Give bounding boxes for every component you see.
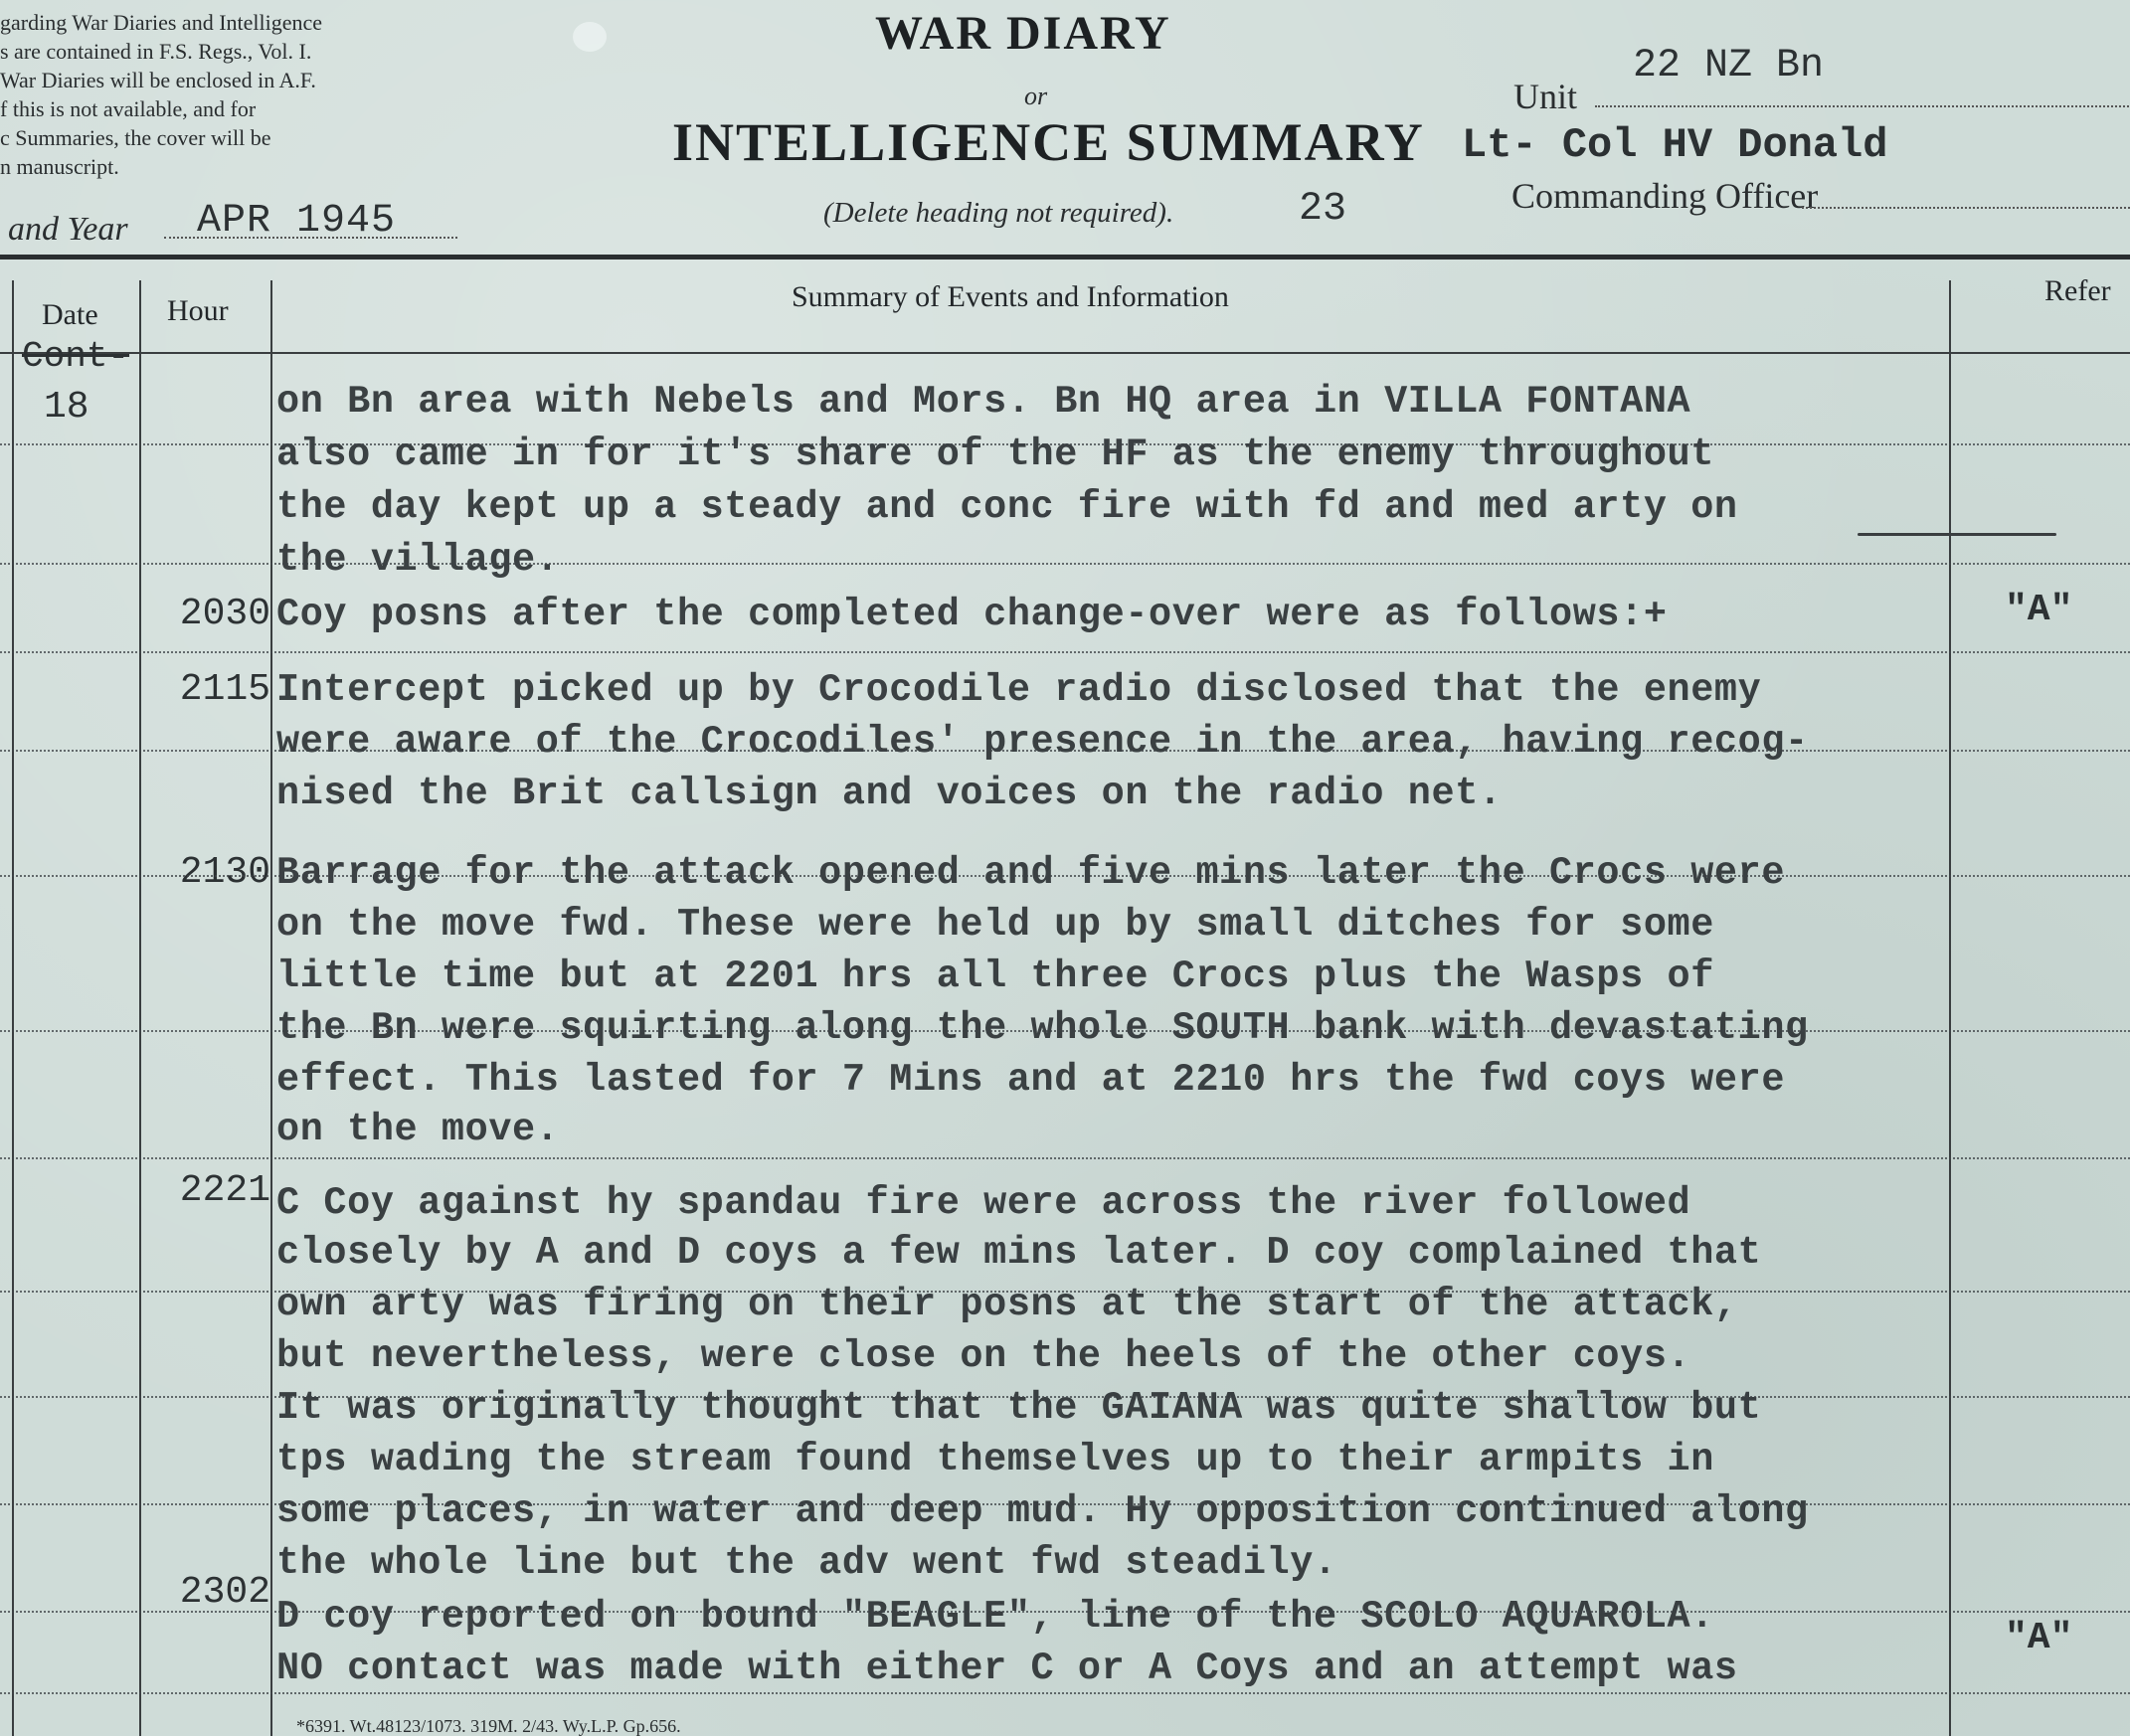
ruled-dotted-line <box>0 1030 2130 1032</box>
entry-hour: 2030 <box>180 593 270 635</box>
entry-text-line: tps wading the stream found themselves u… <box>276 1438 1714 1481</box>
ruled-dotted-line <box>0 1692 2130 1694</box>
delete-heading-note: (Delete heading not required). <box>823 197 1173 230</box>
entry-text-line: nised the Brit callsign and voices on th… <box>276 772 1503 815</box>
instruction-line: War Diaries will be enclosed in A.F. <box>0 66 497 94</box>
entry-text-line: the Bn were squirting along the whole SO… <box>276 1006 1809 1050</box>
ruled-dotted-line <box>0 1157 2130 1159</box>
table-header-rule <box>0 352 2130 354</box>
entry-text-line: but nevertheless, were close on the heel… <box>276 1334 1690 1378</box>
ruled-dotted-line <box>0 563 2130 565</box>
table-top-rule <box>0 255 2130 260</box>
title-intelligence-summary: INTELLIGENCE SUMMARY <box>672 111 1425 173</box>
entry-text-line: the village. <box>276 538 559 582</box>
column-header-hour: Hour <box>167 294 229 328</box>
column-header-reference: Refer <box>2044 274 2111 308</box>
ruled-dotted-line <box>0 875 2130 877</box>
entry-text-line: little time but at 2201 hrs all three Cr… <box>276 955 1714 998</box>
instruction-line: c Summaries, the cover will be <box>0 123 497 152</box>
entry-hour: 2302 <box>180 1571 270 1614</box>
instruction-line: n manuscript. <box>0 152 497 181</box>
ruled-dotted-line <box>0 651 2130 653</box>
entry-hour: 2221 <box>180 1169 270 1212</box>
ruled-dotted-line <box>0 443 2130 445</box>
column-divider <box>1949 280 1951 1736</box>
punch-hole <box>573 22 607 52</box>
column-divider <box>270 280 272 1736</box>
ruled-dotted-line <box>0 1611 2130 1613</box>
entry-text-line: C Coy against hy spandau fire were acros… <box>276 1181 1690 1225</box>
margin-underline-mark <box>1858 533 2056 536</box>
unit-value: 22 NZ Bn <box>1633 44 1824 88</box>
entry-text-line: on the move. <box>276 1108 559 1151</box>
entry-hour: 2115 <box>180 668 270 711</box>
entry-text-line: Intercept picked up by Crocodile radio d… <box>276 668 1761 712</box>
commanding-officer-label: Commanding Officer <box>1511 175 1818 217</box>
entry-text-line: the whole line but the adv went fwd stea… <box>276 1541 1337 1585</box>
page-number: 23 <box>1299 187 1346 232</box>
printer-imprint: *6391. Wt.48123/1073. 319M. 2/43. Wy.L.P… <box>296 1716 681 1736</box>
ruled-dotted-line <box>0 750 2130 752</box>
entry-text-line: also came in for it's share of the HF as… <box>276 433 1714 476</box>
column-divider <box>12 280 14 1736</box>
entry-text-line: on the move fwd. These were held up by s… <box>276 903 1714 947</box>
commanding-officer-dotted-line <box>1802 207 2130 209</box>
entry-reference: "A" <box>2005 1617 2072 1659</box>
entry-text-line: closely by A and D coys a few mins later… <box>276 1231 1761 1275</box>
column-divider <box>139 280 141 1736</box>
unit-dotted-line <box>1595 105 2130 107</box>
column-header-date: Date <box>42 298 98 332</box>
entry-text-line: some places, in water and deep mud. Hy o… <box>276 1489 1809 1533</box>
entry-text-line: the day kept up a steady and conc fire w… <box>276 485 1738 529</box>
entry-text-line: D coy reported on bound "BEAGLE", line o… <box>276 1595 1714 1639</box>
form-instructions: garding War Diaries and Intelligence s a… <box>0 8 497 181</box>
entry-text-line: Barrage for the attack opened and five m… <box>276 851 1785 895</box>
title-or: or <box>1024 82 1047 111</box>
instruction-line: s are contained in F.S. Regs., Vol. I. <box>0 37 497 66</box>
instruction-line: f this is not available, and for <box>0 94 497 123</box>
entry-reference: "A" <box>2005 589 2072 631</box>
ruled-dotted-line <box>0 1396 2130 1398</box>
commanding-officer-name: Lt- Col HV Donald <box>1462 121 1887 169</box>
unit-label: Unit <box>1513 76 1577 117</box>
ruled-dotted-line <box>0 1291 2130 1293</box>
ruled-dotted-line <box>0 1503 2130 1505</box>
entry-text-line: It was originally thought that the GAIAN… <box>276 1386 1761 1430</box>
date-continued-struck: Cont- <box>22 336 129 377</box>
date-value: 18 <box>44 386 89 429</box>
entry-text-line: own arty was firing on their posns at th… <box>276 1283 1738 1326</box>
month-year-label: and Year <box>8 211 128 249</box>
month-year-value: APR 1945 <box>197 199 396 244</box>
entry-text-line: effect. This lasted for 7 Mins and at 22… <box>276 1058 1785 1102</box>
entry-hour: 2130 <box>180 851 270 894</box>
war-diary-page: garding War Diaries and Intelligence s a… <box>0 0 2130 1736</box>
entry-text-line: were aware of the Crocodiles' presence i… <box>276 720 1809 764</box>
entry-text-line: Coy posns after the completed change-ove… <box>276 593 1668 636</box>
column-header-summary: Summary of Events and Information <box>792 280 1229 314</box>
title-war-diary: WAR DIARY <box>875 6 1171 61</box>
instruction-line: garding War Diaries and Intelligence <box>0 8 497 37</box>
entry-text-line: NO contact was made with either C or A C… <box>276 1647 1738 1690</box>
entry-text-line: on Bn area with Nebels and Mors. Bn HQ a… <box>276 380 1690 424</box>
